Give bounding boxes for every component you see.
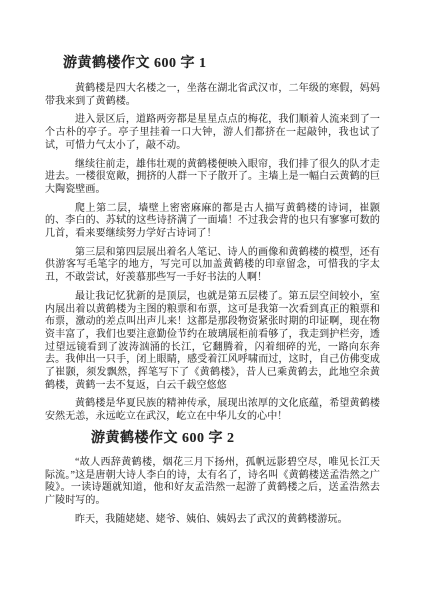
essay-1-paragraph-5: 第三层和第四层展出着名人笔记、诗人的画像和黄鹤楼的模型，还有供游客写毛笔字的地方… (45, 247, 380, 285)
document-page: 游黄鹤楼作文 600 字 1 黄鹤楼是四大名楼之一，坐落在湖北省武汉市，二年级的… (0, 0, 424, 600)
essay-1-paragraph-2: 进入景区后，道路两旁都是星星点点的梅花，我们顺着人流来到了一个古朴的亭子。亭子里… (45, 114, 380, 152)
essay-2-paragraph-2: 昨天，我随姥姥、姥爷、姨伯、姨妈去了武汉的黄鹤楼游玩。 (45, 514, 380, 527)
essay-section-1: 游黄鹤楼作文 600 字 1 黄鹤楼是四大名楼之一，坐落在湖北省武汉市，二年级的… (45, 55, 380, 424)
essay-1-paragraph-6: 最让我记忆犹新的是顶层，也就是第五层楼了。第五层空间较小，室内展出着以黄鹤楼为主… (45, 291, 380, 393)
essay-section-2: 游黄鹤楼作文 600 字 2 “故人西辞黄鹤楼，烟花三月下扬州，孤帆远影碧空尽，… (45, 430, 380, 527)
essay-1-paragraph-4: 爬上第二层，墙壁上密密麻麻的都是古人描写黄鹤楼的诗词，崔颢的、李白的、苏轼的这些… (45, 203, 380, 241)
essay-2-title: 游黄鹤楼作文 600 字 2 (91, 430, 380, 447)
essay-1-paragraph-1: 黄鹤楼是四大名楼之一，坐落在湖北省武汉市，二年级的寒假，妈妈带我来到了黄鹤楼。 (45, 83, 380, 108)
essay-1-paragraph-7: 黄鹤楼是华夏民族的精神传承，展现出浓厚的文化底蕴，希望黄鹤楼安然无恙，永远屹立在… (45, 398, 380, 423)
essay-1-title: 游黄鹤楼作文 600 字 1 (63, 55, 380, 72)
essay-2-paragraph-1: “故人西辞黄鹤楼，烟花三月下扬州，孤帆远影碧空尽，唯见长江天际流。”这是唐朝大诗… (45, 457, 380, 508)
essay-1-paragraph-3: 继续往前走，雄伟壮观的黄鹤楼便映入眼帘，我们排了很久的队才走进去。一楼很宽敞，拥… (45, 159, 380, 197)
